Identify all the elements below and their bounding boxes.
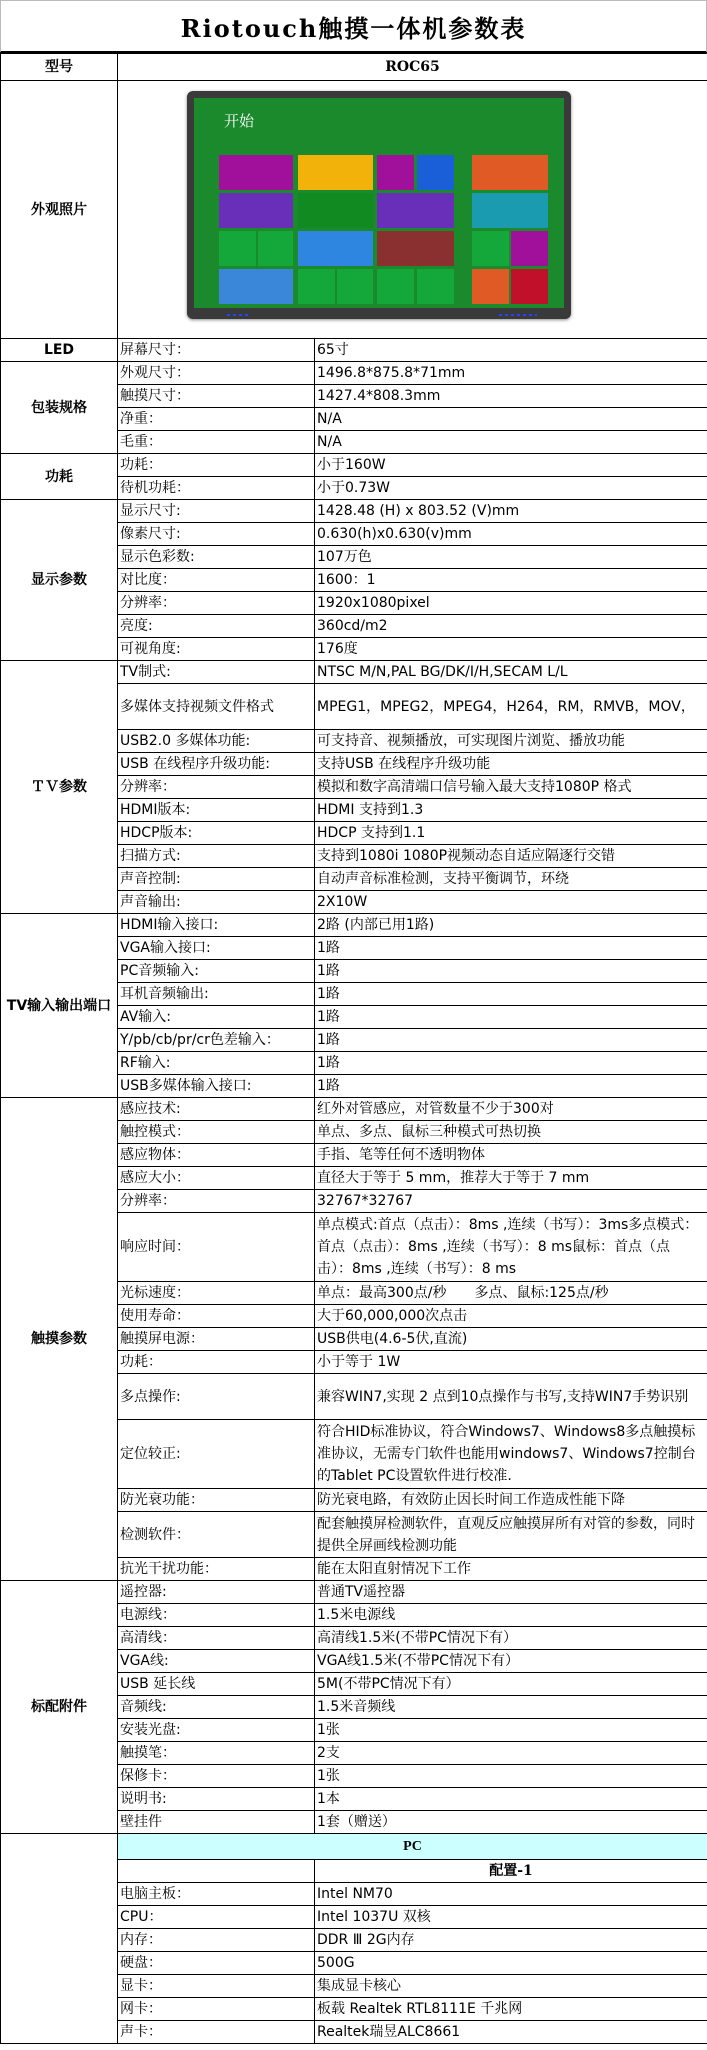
spec-key: 音频线: (118, 1696, 315, 1719)
spec-key: 扫描方式: (118, 845, 315, 868)
spec-row: LED屏幕尺寸：65寸 (1, 339, 707, 362)
spec-row: TV输入输出端口HDMI输入接口:2路 (内部已用1路) (1, 914, 707, 937)
pc-key: CPU： (118, 1906, 315, 1929)
spec-value: 配套触摸屏检测软件，直观反应触摸屏所有对管的参数，同时提供全屏画线检测功能 (315, 1512, 707, 1558)
spec-key: USB 在线程序升级功能: (118, 753, 315, 776)
spec-key: 净重： (118, 408, 315, 431)
spec-value: 小于160W (315, 454, 707, 477)
spec-value: 支持到1080i 1080P视频动态自适应隔逐行交错 (315, 845, 707, 868)
spec-key: 触摸尺寸： (118, 385, 315, 408)
spec-key: 声音控制: (118, 868, 315, 891)
spec-value: 176度 (315, 638, 707, 661)
spec-key: 触摸屏电源： (118, 1328, 315, 1351)
spec-key: 亮度: (118, 615, 315, 638)
spec-key: 毛重： (118, 431, 315, 454)
spec-value: 防光衰电路，有效防止因长时间工作造成性能下降 (315, 1489, 707, 1512)
spec-key: 安装光盘: (118, 1719, 315, 1742)
spec-value: 高清线1.5米(不带PC情况下有） (315, 1627, 707, 1650)
spec-value: 支持USB 在线程序升级功能 (315, 753, 707, 776)
spec-value: 1427.4*808.3mm (315, 385, 707, 408)
spec-key: 说明书: (118, 1788, 315, 1811)
spec-key: AV输入: (118, 1006, 315, 1029)
spec-value: 单点：最高300点/秒 多点、鼠标:125点/秒 (315, 1282, 707, 1305)
pc-header-row: PC (1, 1834, 707, 1860)
pc-value: 集成显卡核心 (315, 1975, 707, 1998)
pc-key: 声卡： (118, 2021, 315, 2044)
pc-key: 网卡： (118, 1998, 315, 2021)
pc-key: 硬盘： (118, 1952, 315, 1975)
spec-value: 65寸 (315, 339, 707, 362)
spec-key: 抗光干扰功能： (118, 1558, 315, 1581)
app-tile (298, 155, 373, 190)
category-label: 显示参数 (1, 500, 118, 661)
pc-header: PC (118, 1834, 707, 1860)
spec-key: 电源线： (118, 1604, 315, 1627)
category-label: 标配附件 (1, 1581, 118, 1834)
photo-row: 外观照片 开始 (1, 81, 707, 339)
spec-value: 1496.8*875.8*71mm (315, 362, 707, 385)
spec-value: 2路 (内部已用1路) (315, 914, 707, 937)
spec-key: HDMI版本: (118, 799, 315, 822)
spec-value: 1.5米音频线 (315, 1696, 707, 1719)
spec-value: 普通TV遥控器 (315, 1581, 707, 1604)
display-bezel: 开始 (187, 91, 571, 319)
app-tile (472, 193, 548, 228)
spec-key: 感应大小： (118, 1167, 315, 1190)
spec-key: 屏幕尺寸： (118, 339, 315, 362)
spec-value: 符合HID标准协议，符合Windows7、Windows8多点触摸标准协议，无需… (315, 1420, 707, 1489)
spec-key: 定位较正: (118, 1420, 315, 1489)
spec-value: 红外对管感应，对管数量不少于300对 (315, 1098, 707, 1121)
model-row: 型号 ROC65 (1, 53, 707, 81)
model-label: 型号 (1, 53, 118, 81)
spec-key: 分辨率： (118, 1190, 315, 1213)
pc-key: 内存： (118, 1929, 315, 1952)
spec-value: 单点、多点、鼠标三种模式可热切换 (315, 1121, 707, 1144)
led-indicator-left (227, 314, 249, 316)
app-tile (472, 231, 509, 266)
spec-key: 分辨率： (118, 592, 315, 615)
spec-table: 型号 ROC65 外观照片 开始 LED屏幕尺寸：65寸包装规格外观尺寸：149… (0, 52, 707, 2044)
spec-row: 功耗功耗：小于160W (1, 454, 707, 477)
spec-key: VGA线: (118, 1650, 315, 1673)
spec-key: 像素尺寸: (118, 523, 315, 546)
spec-row: 显示参数显示尺寸:1428.48 (H) x 803.52 (V)mm (1, 500, 707, 523)
start-screen: 开始 (194, 98, 564, 308)
category-label: 触摸参数 (1, 1098, 118, 1581)
category-label: LED (1, 339, 118, 362)
spec-key: 功耗： (118, 1351, 315, 1374)
spec-key: PC音频输入: (118, 960, 315, 983)
photo-label: 外观照片 (1, 81, 118, 339)
app-tile (219, 231, 256, 266)
spec-key: 感应技术: (118, 1098, 315, 1121)
spec-value: 1张 (315, 1719, 707, 1742)
spec-value: 360cd/m2 (315, 615, 707, 638)
spec-value: 1路 (315, 960, 707, 983)
spec-key: 显示尺寸: (118, 500, 315, 523)
app-tile (511, 269, 548, 304)
spec-value: 能在太阳直射情况下工作 (315, 1558, 707, 1581)
pc-category (1, 1834, 118, 2044)
app-tile (511, 231, 548, 266)
app-tile (377, 231, 454, 266)
spec-value: 32767*32767 (315, 1190, 707, 1213)
spec-value: 1路 (315, 1006, 707, 1029)
spec-value: 1本 (315, 1788, 707, 1811)
app-tile (377, 155, 414, 190)
spec-value: 5M(不带PC情况下有） (315, 1673, 707, 1696)
spec-key: USB2.0 多媒体功能: (118, 730, 315, 753)
spec-key: 可视角度: (118, 638, 315, 661)
spec-key: 壁挂件 (118, 1811, 315, 1834)
app-tile (337, 269, 373, 304)
spec-row: 包装规格外观尺寸：1496.8*875.8*71mm (1, 362, 707, 385)
spec-key: 光标速度： (118, 1282, 315, 1305)
led-indicator-right (499, 314, 537, 316)
spec-value: HDCP 支持到1.1 (315, 822, 707, 845)
spec-row: ＴＶ参数TV制式:NTSC M/N,PAL BG/DK/I/H,SECAM L/… (1, 661, 707, 684)
spec-value: 1张 (315, 1765, 707, 1788)
spec-key: HDMI输入接口: (118, 914, 315, 937)
pc-value: Intel 1037U 双核 (315, 1906, 707, 1929)
app-tile (417, 155, 454, 190)
spec-value: HDMI 支持到1.3 (315, 799, 707, 822)
spec-key: 待机功耗： (118, 477, 315, 500)
spec-value: 单点模式:首点（点击）：8ms ,连续（书写）：3ms多点模式：首点（点击）：8… (315, 1213, 707, 1282)
spec-key: HDCP版本: (118, 822, 315, 845)
app-tile (377, 193, 454, 228)
config-blank (118, 1860, 315, 1883)
category-label: 包装规格 (1, 362, 118, 454)
spec-value: USB供电(4.6-5伏,直流) (315, 1328, 707, 1351)
spec-value: 107万色 (315, 546, 707, 569)
spec-key: 耳机音频输出: (118, 983, 315, 1006)
app-tile (472, 269, 509, 304)
spec-key: 声音输出: (118, 891, 315, 914)
spec-key: 功耗： (118, 454, 315, 477)
spec-value: 小于等于 1W (315, 1351, 707, 1374)
app-tile (298, 231, 373, 266)
spec-value: MPEG1，MPEG2，MPEG4，H264，RM，RMVB，MOV， (315, 684, 707, 730)
spec-value: 自动声音标准检测，支持平衡调节，环绕 (315, 868, 707, 891)
config-header: 配置-1 (315, 1860, 707, 1883)
spec-key: 触摸笔： (118, 1742, 315, 1765)
page-title: Riotouch触摸一体机参数表 (0, 0, 707, 54)
spec-value: NTSC M/N,PAL BG/DK/I/H,SECAM L/L (315, 661, 707, 684)
spec-key: 遥控器: (118, 1581, 315, 1604)
spec-key: 防光衰功能： (118, 1489, 315, 1512)
spec-value: 小于0.73W (315, 477, 707, 500)
spec-value: 模拟和数字高清端口信号输入最大支持1080P 格式 (315, 776, 707, 799)
spec-key: 多点操作: (118, 1374, 315, 1420)
spec-value: 大于60,000,000次点击 (315, 1305, 707, 1328)
app-tile (377, 269, 414, 304)
spec-key: USB 延长线 (118, 1673, 315, 1696)
spec-value: 1600：1 (315, 569, 707, 592)
pc-key: 显卡： (118, 1975, 315, 1998)
category-label: 功耗 (1, 454, 118, 500)
spec-value: 可支持音、视频播放，可实现图片浏览、播放功能 (315, 730, 707, 753)
pc-key: 电脑主板： (118, 1883, 315, 1906)
spec-key: USB多媒体输入接口: (118, 1075, 315, 1098)
pc-value: 板载 Realtek RTL8111E 千兆网 (315, 1998, 707, 2021)
pc-value: DDR Ⅲ 2G内存 (315, 1929, 707, 1952)
spec-value: VGA线1.5米(不带PC情况下有） (315, 1650, 707, 1673)
model-value: ROC65 (118, 53, 707, 81)
spec-key: 显示色彩数: (118, 546, 315, 569)
app-tile (219, 155, 293, 190)
spec-key: 对比度： (118, 569, 315, 592)
spec-value: 1路 (315, 937, 707, 960)
app-tile (298, 269, 335, 304)
spec-value: 手指、笔等任何不透明物体 (315, 1144, 707, 1167)
spec-value: 1路 (315, 1029, 707, 1052)
app-tile (472, 155, 548, 190)
app-tile (219, 193, 293, 228)
spec-value: 1路 (315, 1075, 707, 1098)
product-photo: 开始 (118, 82, 707, 338)
category-label: TV输入输出端口 (1, 914, 118, 1098)
spec-key: VGA输入接口: (118, 937, 315, 960)
spec-key: TV制式: (118, 661, 315, 684)
spec-value: 1套（赠送） (315, 1811, 707, 1834)
spec-key: 高清线： (118, 1627, 315, 1650)
spec-row: 标配附件遥控器:普通TV遥控器 (1, 1581, 707, 1604)
spec-key: 分辨率： (118, 776, 315, 799)
spec-value: N/A (315, 431, 707, 454)
category-label: ＴＶ参数 (1, 661, 118, 914)
start-label: 开始 (224, 110, 254, 132)
spec-key: 保修卡： (118, 1765, 315, 1788)
spec-value: 2X10W (315, 891, 707, 914)
spec-key: 外观尺寸： (118, 362, 315, 385)
app-tile (298, 193, 373, 228)
spec-value: 1920x1080pixel (315, 592, 707, 615)
spec-value: 1428.48 (H) x 803.52 (V)mm (315, 500, 707, 523)
spec-value: 1路 (315, 983, 707, 1006)
spec-key: 使用寿命： (118, 1305, 315, 1328)
spec-key: RF输入: (118, 1052, 315, 1075)
spec-key: Y/pb/cb/pr/cr色差输入： (118, 1029, 315, 1052)
spec-key: 多媒体支持视频文件格式 (118, 684, 315, 730)
spec-value: 2支 (315, 1742, 707, 1765)
spec-value: 1.5米电源线 (315, 1604, 707, 1627)
app-tile (258, 231, 293, 266)
spec-row: 触摸参数感应技术:红外对管感应，对管数量不少于300对 (1, 1098, 707, 1121)
pc-value: Realtek瑞昱ALC8661 (315, 2021, 707, 2044)
spec-key: 响应时间： (118, 1213, 315, 1282)
pc-value: 500G (315, 1952, 707, 1975)
spec-value: 直径大于等于 5 mm，推荐大于等于 7 mm (315, 1167, 707, 1190)
spec-key: 检测软件： (118, 1512, 315, 1558)
app-tile (417, 269, 454, 304)
spec-key: 感应物体： (118, 1144, 315, 1167)
app-tile (219, 269, 293, 304)
spec-value: 0.630(h)x0.630(v)mm (315, 523, 707, 546)
spec-value: 1路 (315, 1052, 707, 1075)
spec-key: 触控模式： (118, 1121, 315, 1144)
spec-value: 兼容WIN7,实现 2 点到10点操作与书写,支持WIN7手势识别 (315, 1374, 707, 1420)
spec-value: N/A (315, 408, 707, 431)
pc-value: Intel NM70 (315, 1883, 707, 1906)
